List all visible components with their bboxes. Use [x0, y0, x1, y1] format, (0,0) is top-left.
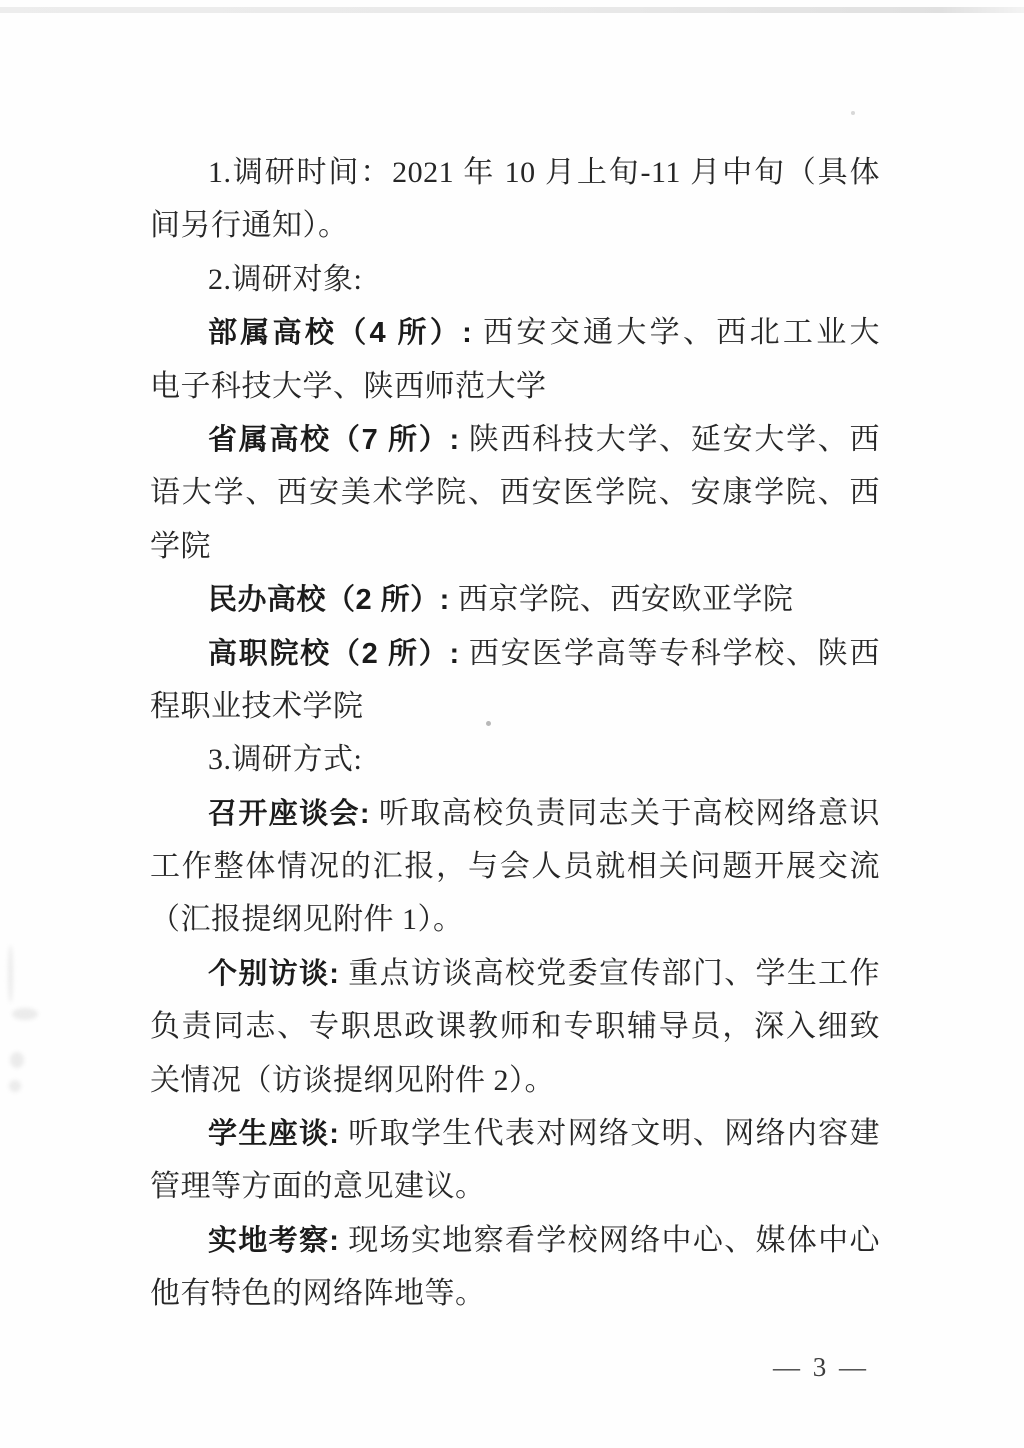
- text-run: 程职业技术学院: [150, 690, 364, 723]
- text-line-symposium: 召开座谈会: 听取高校负责同志关于高校网络意识形态: [150, 787, 880, 840]
- document-body: 1.调研时间：2021 年 10 月上旬-11 月中旬（具体调研时 间另行通知）…: [150, 146, 880, 1321]
- text-line-vocational-colleges: 高职院校（2 所）: 西安医学高等专科学校、陕西铁路工: [150, 627, 880, 680]
- text-run: 西京学院、西安欧亚学院: [450, 583, 794, 616]
- text-line-field-visit-cont: 他有特色的网络阵地等。: [150, 1267, 880, 1320]
- bold-label: 部属高校（4 所）:: [208, 317, 472, 349]
- text-run: 工作整体情况的汇报，与会人员就相关问题开展交流研讨: [150, 850, 880, 893]
- text-run: 语大学、西安美术学院、西安医学院、安康学院、西安文理: [150, 476, 880, 519]
- text-line-vocational-colleges-cont: 程职业技术学院: [150, 680, 880, 733]
- scan-artifact-smudge: [10, 1052, 24, 1068]
- text-line-survey-methods-heading: 3.调研方式:: [150, 733, 880, 786]
- text-line-student-discussion: 学生座谈: 听取学生代表对网络文明、网络内容建设与: [150, 1107, 880, 1160]
- text-line-individual-interviews: 个别访谈: 重点访谈高校党委宣传部门、学生工作部门: [150, 947, 880, 1000]
- text-line-provincial-universities: 省属高校（7 所）: 陕西科技大学、延安大学、西安外国: [150, 413, 880, 466]
- text-line-private-universities: 民办高校（2 所）: 西京学院、西安欧亚学院: [150, 573, 880, 626]
- text-run: 电子科技大学、陕西师范大学: [150, 370, 547, 403]
- scan-artifact-top-band: [0, 7, 1024, 13]
- page-number: — 3 —: [773, 1352, 869, 1382]
- text-line-symposium-cont: 工作整体情况的汇报，与会人员就相关问题开展交流研讨: [150, 840, 880, 893]
- bold-label: 民办高校（2 所）:: [208, 584, 450, 616]
- scanned-document-page: 1.调研时间：2021 年 10 月上旬-11 月中旬（具体调研时 间另行通知）…: [0, 0, 1024, 1448]
- text-run: （汇报提纲见附件 1）。: [150, 903, 464, 936]
- bold-label: 召开座谈会:: [208, 798, 370, 830]
- text-line-individual-interviews-cont2: 关情况（访谈提纲见附件 2）。: [150, 1054, 880, 1107]
- text-line-provincial-universities-cont2: 学院: [150, 520, 880, 573]
- text-line-provincial-universities-cont: 语大学、西安美术学院、西安医学院、安康学院、西安文理: [150, 466, 880, 519]
- text-line-survey-time-cont: 间另行通知）。: [150, 199, 880, 252]
- text-run: 2.调研对象:: [208, 263, 362, 296]
- text-run: 1.调研时间：2021 年 10 月上旬-11 月中旬（具体调研时: [208, 156, 880, 199]
- text-run: 关情况（访谈提纲见附件 2）。: [150, 1064, 555, 1097]
- scan-artifact-dot: [851, 111, 855, 115]
- text-line-individual-interviews-cont: 负责同志、专职思政课教师和专职辅导员，深入细致了解相: [150, 1000, 880, 1053]
- bold-label: 实地考察:: [208, 1225, 339, 1257]
- text-line-field-visit: 实地考察: 现场实地察看学校网络中心、媒体中心或其: [150, 1214, 880, 1267]
- text-run: 他有特色的网络阵地等。: [150, 1277, 486, 1310]
- text-line-ministry-universities-cont: 电子科技大学、陕西师范大学: [150, 360, 880, 413]
- text-line-survey-targets-heading: 2.调研对象:: [150, 253, 880, 306]
- text-run: 学院: [150, 530, 211, 563]
- scan-artifact-smudge: [8, 945, 13, 1003]
- text-run: 负责同志、专职思政课教师和专职辅导员，深入细致了解相: [150, 1010, 880, 1053]
- scan-artifact-smudge: [12, 1008, 38, 1020]
- bold-label: 学生座谈:: [208, 1118, 339, 1150]
- bold-label: 省属高校（7 所）:: [208, 424, 460, 456]
- text-run: 管理等方面的意见建议。: [150, 1170, 486, 1203]
- text-line-ministry-universities: 部属高校（4 所）: 西安交通大学、西北工业大学、西安: [150, 306, 880, 359]
- text-line-student-discussion-cont: 管理等方面的意见建议。: [150, 1160, 880, 1213]
- text-line-survey-time: 1.调研时间：2021 年 10 月上旬-11 月中旬（具体调研时: [150, 146, 880, 199]
- text-run: 3.调研方式:: [208, 743, 362, 776]
- scan-artifact-smudge: [9, 1080, 21, 1092]
- text-run: 间另行通知）。: [150, 209, 349, 242]
- text-line-symposium-cont2: （汇报提纲见附件 1）。: [150, 893, 880, 946]
- bold-label: 高职院校（2 所）:: [208, 638, 460, 670]
- bold-label: 个别访谈:: [208, 958, 339, 990]
